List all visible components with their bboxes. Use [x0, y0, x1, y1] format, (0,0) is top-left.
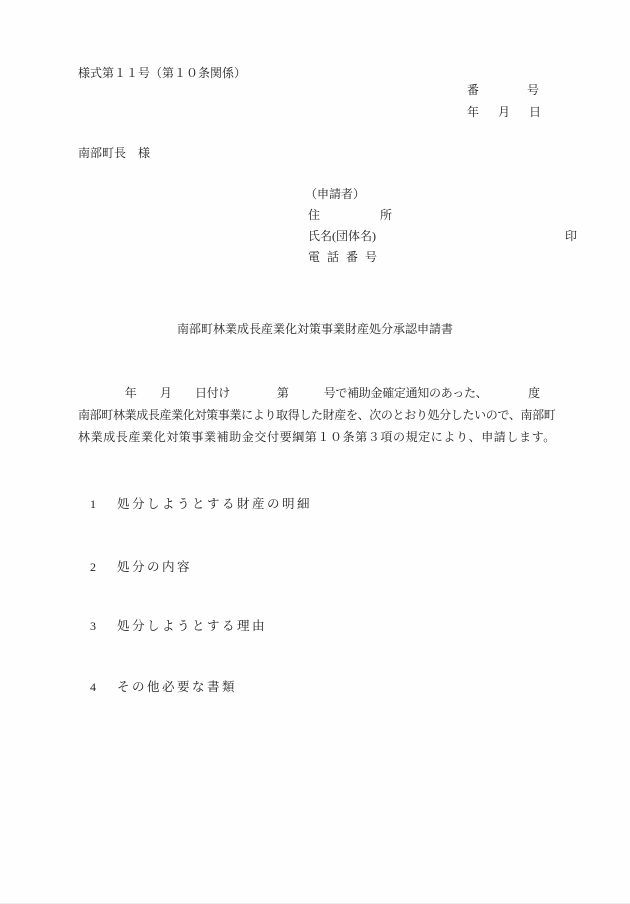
addressee: 南部町長 様 [78, 146, 150, 160]
list-item: 3処分しようとする理由 [78, 604, 267, 649]
applicant-address-label: 住 所 [308, 208, 392, 222]
list-item-number: 2 [90, 560, 117, 575]
body-paragraph-line-3: 林業成長産業化対策事業補助金交付要綱第１０条第３項の規定により、申請します。 [78, 430, 556, 444]
applicant-heading: （申請者） [305, 187, 365, 201]
document-number-blank: 番 号 [467, 83, 539, 97]
list-item-label: その他必要な書類 [117, 680, 237, 694]
list-item-number: 1 [90, 497, 117, 512]
date-blank: 年 月 日 [467, 105, 545, 119]
list-item-number: 3 [90, 619, 117, 634]
seal-mark: 印 [565, 229, 577, 243]
list-item-label: 処分しようとする理由 [117, 619, 267, 633]
list-item-number: 4 [90, 680, 117, 695]
applicant-phone-label: 電 話 番 号 [308, 250, 379, 264]
list-item: 2処分の内容 [78, 545, 192, 590]
list-item: 1処分しようとする財産の明細 [78, 482, 312, 527]
application-form-page: 様式第１１号（第１０条関係） 番 号 年 月 日 南部町長 様 （申請者） 住 … [0, 0, 630, 904]
list-item: 4その他必要な書類 [78, 665, 237, 710]
form-number: 様式第１１号（第１０条関係） [78, 66, 246, 80]
document-title: 南部町林業成長産業化対策事業財産処分承認申請書 [0, 322, 630, 336]
body-paragraph-line-2: 南部町林業成長産業化対策事業により取得した財産を、次のとおり処分したいので、南部… [78, 408, 555, 422]
applicant-name-label: 氏名(団体名) [308, 229, 376, 243]
list-item-label: 処分しようとする財産の明細 [117, 497, 312, 511]
body-paragraph-line-1: 年 月 日付け 第 号で補助金確定通知のあった、 度 [78, 386, 540, 400]
list-item-label: 処分の内容 [117, 560, 192, 574]
